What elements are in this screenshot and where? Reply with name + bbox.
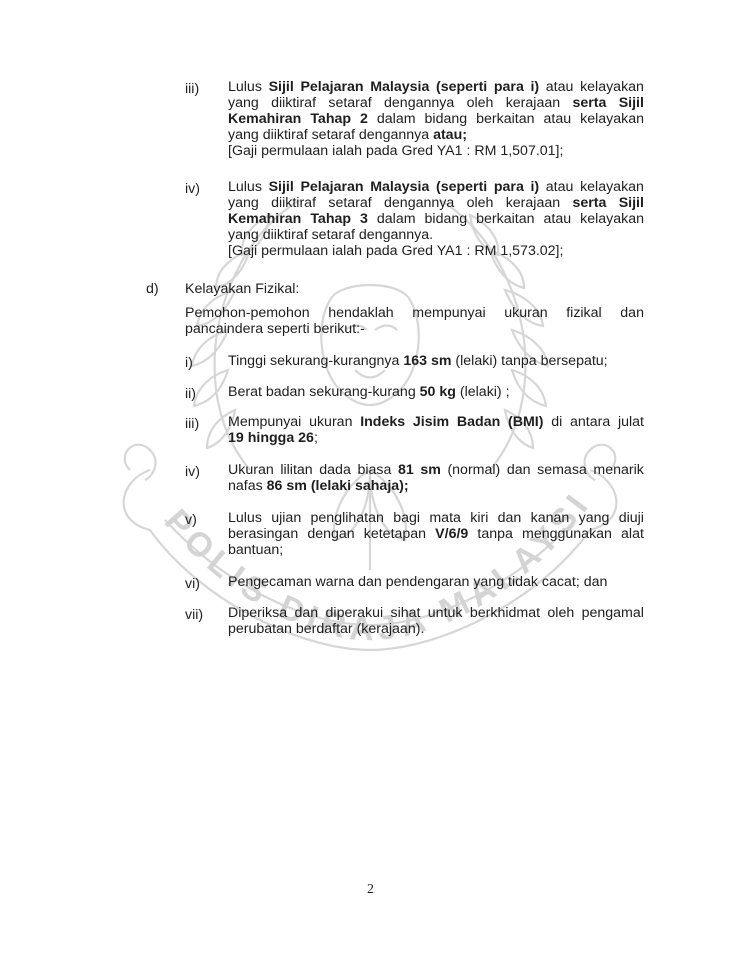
text: (lelaki) ; (456, 384, 510, 400)
word: menarik (593, 462, 643, 478)
word: diuji (619, 510, 644, 526)
word: Sijil (619, 95, 644, 111)
word: diiktiraf (271, 195, 316, 211)
text: (lelaki) tanpa bersepatu; (451, 353, 607, 369)
word: Lulus (228, 79, 262, 95)
text: yang diiktiraf setaraf dengannya. (228, 227, 433, 243)
word: Indeks (360, 414, 405, 430)
word: kiri (470, 510, 488, 526)
list-item-line: nafas 86 sm (lelaki sahaja); (228, 478, 409, 494)
list-item-line: Lulusujianpenglihatanbagimatakiridankana… (228, 510, 644, 526)
word: berkaitan (476, 111, 534, 127)
word: yang (579, 510, 610, 526)
list-label: v) (185, 512, 197, 528)
word: oleh (467, 95, 494, 111)
word: dalam (377, 111, 416, 127)
text: bantuan; (228, 542, 283, 558)
section-heading: Kelayakan Fizikal: (185, 281, 299, 297)
word: (seperti (436, 179, 487, 195)
word: Jisim (413, 414, 449, 430)
word: serta (572, 95, 606, 111)
text: [Gaji permulaan ialah pada Gred YA1 : RM… (228, 143, 563, 159)
paragraph-line: KemahiranTahap2dalambidangberkaitanatauk… (228, 111, 644, 127)
paragraph-line: LulusSijilPelajaranMalaysia(sepertiparai… (228, 179, 644, 195)
word: Ukuran (228, 462, 274, 478)
word: fizikal (566, 305, 601, 321)
word: bidang (425, 111, 468, 127)
text: Berat badan sekurang-kurang (228, 384, 420, 400)
list-item-line: Berat badan sekurang-kurang 50 kg (lelak… (228, 384, 510, 400)
word: Tahap (310, 111, 351, 127)
word: Pelajaran (300, 79, 363, 95)
bold-text: 19 hingga 26 (228, 430, 314, 446)
text: pancaindera seperti berikut:- (185, 321, 365, 337)
word: mempunyai (412, 305, 485, 321)
word: untuk (428, 605, 463, 621)
paragraph-line: yangdiiktirafsetarafdengannyaolehkerajaa… (228, 195, 644, 211)
word: Mempunyai (228, 414, 301, 430)
text: perubatan berdaftar (kerajaan). (228, 621, 424, 637)
word: lilitan (280, 462, 312, 478)
word: V/6/9 (435, 526, 468, 542)
word: bidang (425, 211, 468, 227)
word: atau (544, 111, 572, 127)
word: dan (295, 605, 319, 621)
paragraph-line: LulusSijilPelajaranMalaysia(sepertiparai… (228, 79, 644, 95)
word: dan (498, 510, 522, 526)
word: oleh (547, 605, 574, 621)
word: Lulus (228, 179, 262, 195)
word: Pemohon-pemohon (185, 305, 310, 321)
word: dan (507, 462, 531, 478)
paragraph-line: [Gaji permulaan ialah pada Gred YA1 : RM… (228, 243, 563, 259)
word: setaraf (328, 95, 371, 111)
word: 2 (360, 111, 368, 127)
word: Sijil (269, 79, 294, 95)
word: julat (618, 414, 644, 430)
word: para (494, 79, 524, 95)
bold-text: 50 kg (420, 384, 456, 400)
list-label: iii) (185, 81, 199, 97)
bold-text: 163 sm (403, 353, 451, 369)
word: kelayakan (580, 79, 644, 95)
word: penglihatan (311, 510, 384, 526)
word: yang (228, 95, 259, 111)
text: Pengecaman warna dan pendengaran yang ti… (228, 574, 607, 590)
word: Kemahiran (228, 111, 301, 127)
word: hendaklah (328, 305, 393, 321)
word: berasingan (228, 526, 298, 542)
word: Kemahiran (228, 211, 301, 227)
text: yang diiktiraf setaraf dengannya (228, 127, 433, 143)
word: 3 (360, 211, 368, 227)
word: Malaysia (370, 79, 429, 95)
word: kelayakan (580, 179, 644, 195)
word: ujian (271, 510, 301, 526)
word: di (551, 414, 562, 430)
word: berkhidmat (470, 605, 540, 621)
list-item-line: berasingandenganketetapanV/6/9tanpamengg… (228, 526, 644, 542)
list-item-line: perubatan berdaftar (kerajaan). (228, 621, 424, 637)
list-item-line: bantuan; (228, 542, 283, 558)
word: Tahap (310, 211, 351, 227)
word: mata (429, 510, 461, 526)
list-item-line: MempunyaiukuranIndeksJisimBadan(BMI)dian… (228, 414, 644, 430)
word: ukuran (309, 414, 352, 430)
word: Diperiksa (228, 605, 287, 621)
word: menggunakan (522, 526, 612, 542)
list-label: iii) (185, 416, 199, 432)
text: ; (314, 430, 318, 446)
word: Sijil (269, 179, 294, 195)
word: diperakui (326, 605, 384, 621)
word: dalam (377, 211, 416, 227)
bold-text: atau; (433, 127, 467, 143)
word: atau (546, 179, 574, 195)
word: ketetapan (364, 526, 426, 542)
word: ukuran (504, 305, 547, 321)
word: Malaysia (370, 179, 429, 195)
paragraph-line: yang diiktiraf setaraf dengannya. (228, 227, 433, 243)
word: dengan (307, 526, 354, 542)
list-item-line: 19 hingga 26; (228, 430, 318, 446)
word: setaraf (328, 195, 371, 211)
word: para (494, 179, 524, 195)
word: dan (620, 305, 644, 321)
word: atau (544, 211, 572, 227)
word: yang (228, 195, 259, 211)
word: dengannya (384, 95, 454, 111)
word: (BMI) (508, 414, 543, 430)
list-item-line: Tinggi sekurang-kurangnya 163 sm (lelaki… (228, 353, 608, 369)
word: oleh (467, 195, 494, 211)
bold-text: 86 sm (lelaki sahaja); (267, 478, 409, 494)
section-label: d) (146, 281, 159, 297)
word: diiktiraf (271, 95, 316, 111)
list-item-line: Ukuranlilitandadabiasa81sm(normal)dansem… (228, 462, 644, 478)
word: kelayakan (580, 111, 644, 127)
word: tanpa (477, 526, 513, 542)
word: biasa (357, 462, 391, 478)
word: atau (546, 79, 574, 95)
word: kerajaan (506, 95, 560, 111)
word: berkaitan (476, 211, 534, 227)
list-item-line: Diperiksadandiperakuisihatuntukberkhidma… (228, 605, 644, 621)
word: pengamal (582, 605, 644, 621)
paragraph-line: yang diiktiraf setaraf dengannya atau; (228, 127, 467, 143)
page-number: 2 (0, 882, 741, 898)
word: kelayakan (580, 211, 644, 227)
word: dengannya (384, 195, 454, 211)
word: (seperti (436, 79, 487, 95)
word: dada (319, 462, 351, 478)
word: sihat (390, 605, 420, 621)
word: kerajaan (506, 195, 560, 211)
word: 81 (398, 462, 414, 478)
text: Tinggi sekurang-kurangnya (228, 353, 403, 369)
intro-line: Pemohon-pemohonhendaklahmempunyaiukuranf… (185, 305, 644, 321)
text: [Gaji permulaan ialah pada Gred YA1 : RM… (228, 243, 563, 259)
word: i) (530, 79, 539, 95)
word: semasa (537, 462, 587, 478)
word: Pelajaran (300, 179, 363, 195)
word: kanan (531, 510, 570, 526)
word: alat (621, 526, 644, 542)
paragraph-line: KemahiranTahap3dalambidangberkaitanatauk… (228, 211, 644, 227)
word: bagi (393, 510, 420, 526)
list-label: iv) (185, 181, 200, 197)
word: Badan (457, 414, 500, 430)
word: i) (530, 179, 539, 195)
list-label: ii) (185, 386, 196, 402)
word: serta (572, 195, 606, 211)
word: Sijil (619, 195, 644, 211)
word: antara (570, 414, 610, 430)
word: (normal) (447, 462, 500, 478)
paragraph-line: yangdiiktirafsetarafdengannyaolehkerajaa… (228, 95, 644, 111)
word: sm (420, 462, 441, 478)
list-label: i) (185, 355, 193, 371)
text: nafas (228, 478, 267, 494)
word: Lulus (228, 510, 262, 526)
list-item-line: Pengecaman warna dan pendengaran yang ti… (228, 574, 607, 590)
intro-line: pancaindera seperti berikut:- (185, 321, 365, 337)
list-label: vii) (185, 607, 203, 623)
list-label: iv) (185, 464, 200, 480)
list-label: vi) (185, 576, 200, 592)
paragraph-line: [Gaji permulaan ialah pada Gred YA1 : RM… (228, 143, 563, 159)
